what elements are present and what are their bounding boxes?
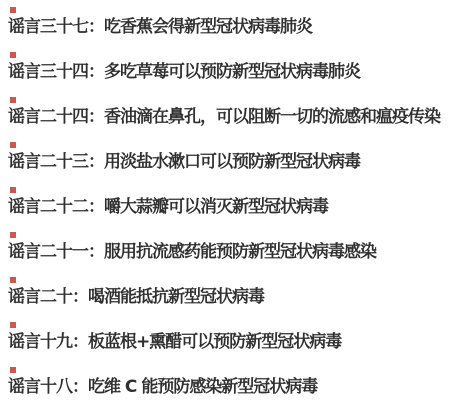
rumor-list-item: 谣言二十一：服用抗流感药能预防新型冠状病毒感染 xyxy=(0,227,454,272)
red-square-bullet-icon xyxy=(10,187,16,193)
rumor-text: 谣言三十七：吃香蕉会得新型冠状病毒肺炎 xyxy=(0,12,312,37)
rumor-list-item: 谣言十九：板蓝根+熏醋可以预防新型冠状病毒 xyxy=(0,317,454,362)
rumor-list-item: 谣言二十二：嚼大蒜瓣可以消灭新型冠状病毒 xyxy=(0,182,454,227)
rumor-text: 谣言二十一：服用抗流感药能预防新型冠状病毒感染 xyxy=(0,237,376,262)
red-square-bullet-icon xyxy=(10,367,16,373)
rumor-list-item: 谣言三十七：吃香蕉会得新型冠状病毒肺炎 xyxy=(0,2,454,47)
red-square-bullet-icon xyxy=(10,142,16,148)
rumor-list: 谣言三十七：吃香蕉会得新型冠状病毒肺炎 谣言三十四：多吃草莓可以预防新型冠状病毒… xyxy=(0,0,454,409)
red-square-bullet-icon xyxy=(10,52,16,58)
rumor-list-item: 谣言二十三：用淡盐水漱口可以预防新型冠状病毒 xyxy=(0,137,454,182)
rumor-text: 谣言十九：板蓝根+熏醋可以预防新型冠状病毒 xyxy=(0,327,341,352)
rumor-text: 谣言三十四：多吃草莓可以预防新型冠状病毒肺炎 xyxy=(0,57,360,82)
rumor-text: 谣言二十：喝酒能抵抗新型冠状病毒 xyxy=(0,282,264,307)
rumor-text: 谣言二十三：用淡盐水漱口可以预防新型冠状病毒 xyxy=(0,147,360,172)
red-square-bullet-icon xyxy=(10,7,16,13)
red-square-bullet-icon xyxy=(10,322,16,328)
rumor-list-item: 谣言二十：喝酒能抵抗新型冠状病毒 xyxy=(0,272,454,317)
red-square-bullet-icon xyxy=(10,97,16,103)
red-square-bullet-icon xyxy=(10,277,16,283)
rumor-text: 谣言二十二：嚼大蒜瓣可以消灭新型冠状病毒 xyxy=(0,192,328,217)
rumor-list-item: 谣言二十四：香油滴在鼻孔，可以阻断一切的流感和瘟疫传染 xyxy=(0,92,454,137)
rumor-text: 谣言二十四：香油滴在鼻孔，可以阻断一切的流感和瘟疫传染 xyxy=(0,102,440,127)
rumor-list-item: 谣言三十四：多吃草莓可以预防新型冠状病毒肺炎 xyxy=(0,47,454,92)
red-square-bullet-icon xyxy=(10,232,16,238)
rumor-list-item: 谣言十八：吃维 C 能预防感染新型冠状病毒 xyxy=(0,362,454,407)
rumor-text: 谣言十八：吃维 C 能预防感染新型冠状病毒 xyxy=(0,372,317,397)
